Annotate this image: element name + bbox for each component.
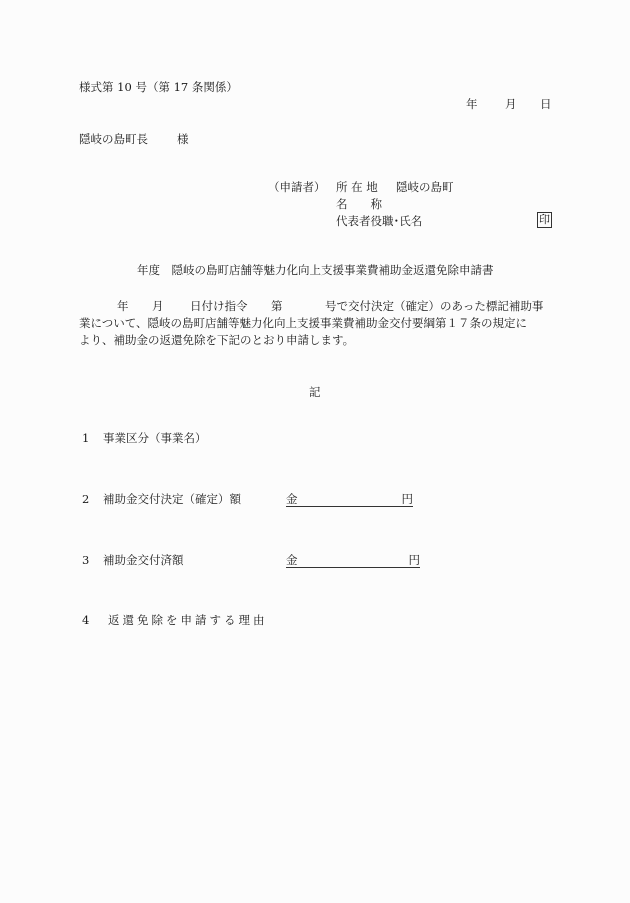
address-value: 隠岐の島町	[396, 180, 454, 194]
amount-field-paid[interactable]: 金 円	[286, 553, 420, 568]
document-title: 年度 隠岐の島町店舗等魅力化向上支援事業費補助金返還免除申請書	[137, 263, 494, 277]
body-number-prefix: 第	[271, 299, 283, 313]
seal-mark: 印	[537, 212, 552, 228]
addressee-name: 隠岐の島町長	[79, 132, 148, 146]
ki-heading: 記	[309, 385, 321, 399]
amount-suffix: 円	[409, 553, 421, 567]
address-label: 所 在 地	[336, 180, 378, 194]
item-number: 1	[82, 431, 89, 445]
body-date-suffix: 日付け指令	[190, 299, 248, 313]
item-label: 補助金交付決定（確定）額	[103, 492, 241, 506]
item-number: 2	[82, 492, 89, 506]
date-month: 月	[505, 97, 517, 111]
name-label: 名 称	[336, 197, 382, 211]
body-line1-rest: 号で交付決定（確定）のあった標記補助事	[325, 299, 543, 313]
date-day: 日	[540, 97, 552, 111]
body-line2: 業について、隠岐の島町店舗等魅力化向上支援事業費補助金交付要綱第１７条の規定に	[79, 316, 527, 330]
item-label: 事業区分（事業名）	[103, 431, 207, 445]
amount-suffix: 円	[402, 492, 414, 506]
body-line3: より、補助金の返還免除を下記のとおり申請します。	[79, 333, 354, 347]
amount-field-decided[interactable]: 金 円	[286, 492, 413, 507]
addressee-honorific: 様	[177, 132, 189, 146]
representative-label: 代表者役職･氏名	[336, 214, 422, 228]
item-label: 補助金交付済額	[103, 553, 184, 567]
item-number: 3	[82, 553, 89, 567]
applicant-label: （申請者）	[268, 180, 326, 194]
body-year: 年	[117, 299, 129, 313]
body-month: 月	[152, 299, 164, 313]
amount-prefix: 金	[286, 553, 298, 567]
amount-prefix: 金	[286, 492, 298, 506]
date-year: 年	[466, 97, 478, 111]
item-number: 4	[82, 613, 89, 627]
item-label: 返還免除を申請する理由	[108, 613, 268, 627]
form-number: 様式第 10 号（第 17 条関係）	[79, 80, 238, 94]
